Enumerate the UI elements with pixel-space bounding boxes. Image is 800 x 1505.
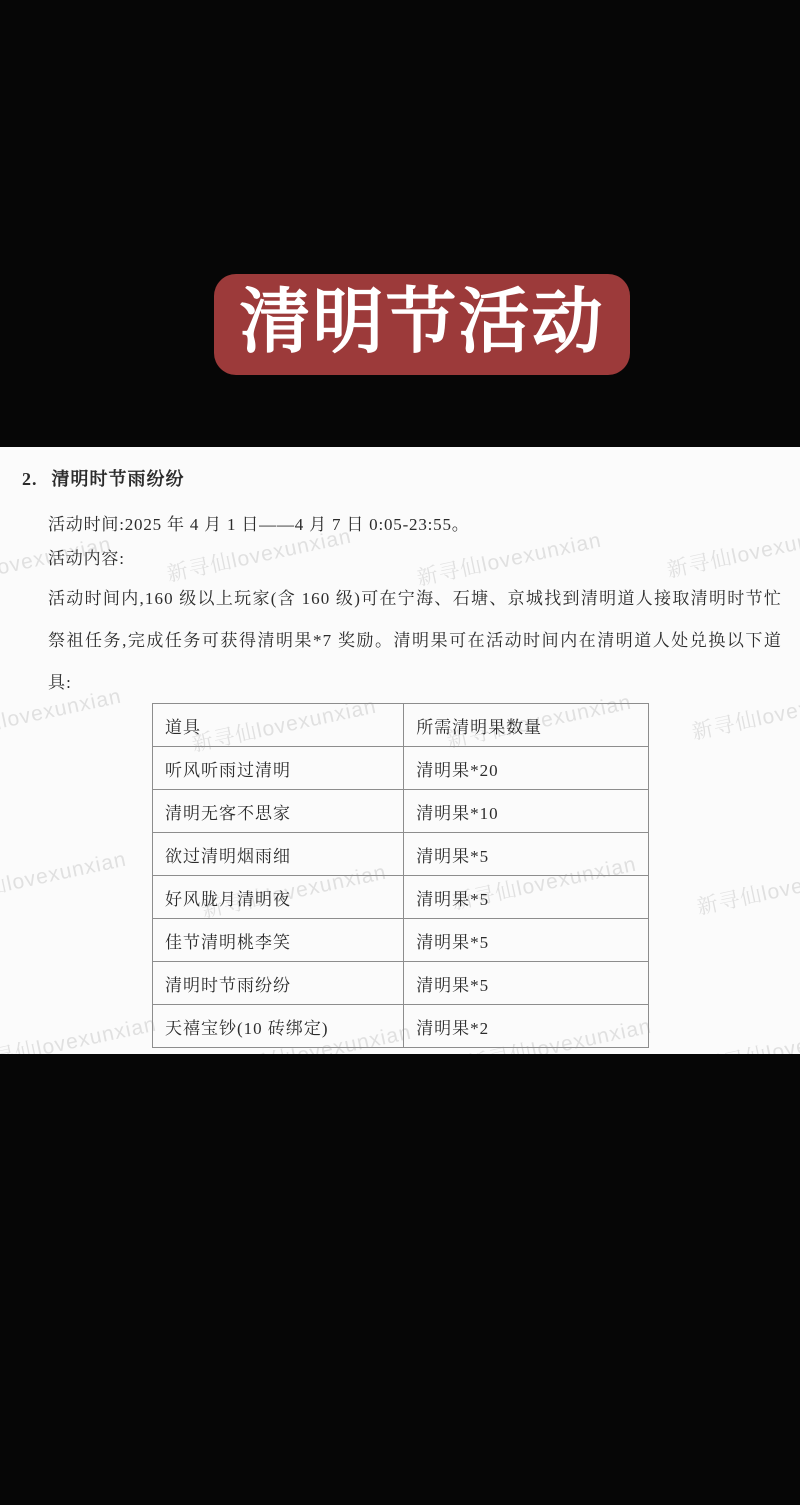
item-name-cell: 欲过清明烟雨细 — [153, 833, 404, 876]
watermark-text: 新寻仙lovexunxian — [664, 516, 800, 584]
table-row: 听风听雨过清明清明果*20 — [153, 747, 649, 790]
item-name-cell: 清明时节雨纷纷 — [153, 962, 404, 1005]
item-name-cell: 听风听雨过清明 — [153, 747, 404, 790]
item-cost-cell: 清明果*5 — [404, 876, 649, 919]
item-cost-cell: 清明果*5 — [404, 833, 649, 876]
watermark-text: 新寻仙lovexunxian — [0, 1008, 159, 1054]
activity-time-line: 活动时间:2025 年 4 月 1 日——4 月 7 日 0:05-23:55。 — [48, 510, 470, 535]
reward-table: 道具 所需清明果数量 听风听雨过清明清明果*20清明无客不思家清明果*10欲过清… — [152, 703, 649, 1048]
section-number: 2. — [22, 469, 38, 489]
table-row: 好风胧月清明夜清明果*5 — [153, 876, 649, 919]
column-header-cost: 所需清明果数量 — [404, 704, 649, 747]
table-row: 天禧宝钞(10 砖绑定)清明果*2 — [153, 1005, 649, 1048]
table-row: 清明无客不思家清明果*10 — [153, 790, 649, 833]
event-banner: 清明节活动 — [214, 274, 630, 375]
watermark-text: 新寻仙lovexunxian — [699, 1013, 800, 1054]
section-title: 清明时节雨纷纷 — [52, 469, 185, 489]
document-sheet: 新寻仙lovexunxian新寻仙lovexunxian新寻仙lovexunxi… — [0, 447, 800, 1054]
item-name-cell: 天禧宝钞(10 砖绑定) — [153, 1005, 404, 1048]
table-row: 欲过清明烟雨细清明果*5 — [153, 833, 649, 876]
item-cost-cell: 清明果*2 — [404, 1005, 649, 1048]
activity-content-label: 活动内容: — [48, 544, 125, 569]
item-name-cell: 清明无客不思家 — [153, 790, 404, 833]
column-header-item: 道具 — [153, 704, 404, 747]
table-header-row: 道具 所需清明果数量 — [153, 704, 649, 747]
table-row: 清明时节雨纷纷清明果*5 — [153, 962, 649, 1005]
item-cost-cell: 清明果*10 — [404, 790, 649, 833]
item-cost-cell: 清明果*5 — [404, 919, 649, 962]
watermark-text: 新寻仙lovexunxian — [694, 853, 800, 921]
event-banner-title: 清明节活动 — [239, 287, 604, 362]
table-row: 佳节清明桃李笑清明果*5 — [153, 919, 649, 962]
item-name-cell: 好风胧月清明夜 — [153, 876, 404, 919]
watermark-text: 新寻仙lovexunxian — [0, 843, 129, 911]
item-cost-cell: 清明果*5 — [404, 962, 649, 1005]
section-heading: 2.清明时节雨纷纷 — [22, 465, 185, 491]
item-name-cell: 佳节清明桃李笑 — [153, 919, 404, 962]
item-cost-cell: 清明果*20 — [404, 747, 649, 790]
activity-description: 活动时间内,160 级以上玩家(含 160 级)可在宁海、石塘、京城找到清明道人… — [48, 578, 782, 704]
